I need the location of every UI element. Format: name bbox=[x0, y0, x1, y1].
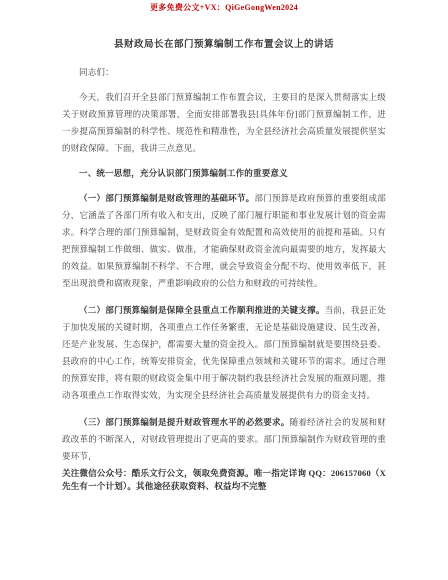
point-2-body: 当前，我县正处于加快发展的关键时期，各项重点工作任务繁重，无论是基础设施建设、民… bbox=[62, 305, 386, 400]
point-1-lead: （一）部门预算编制是财政管理的基础环节。 bbox=[79, 193, 254, 203]
section-1-heading: 一、统一思想，充分认识部门预算编制工作的重要意义 bbox=[62, 165, 386, 182]
point-2-lead: （二）部门预算编制是保障全县重点工作顺利推进的关键支撑。 bbox=[79, 305, 325, 315]
point-3-paragraph: （三）部门预算编制是提升财政管理水平的必然要求。随着经济社会的发展和财政改革的不… bbox=[62, 414, 386, 465]
document-content: 县财政局长在部门预算编制工作布置会议上的讲话 同志们： 今天，我们召开全县部门预… bbox=[0, 0, 448, 493]
point-1-body: 部门预算是政府预算的重要组成部分，它涵盖了各部门所有收入和支出，反映了部门履行职… bbox=[62, 193, 386, 288]
point-1-paragraph: （一）部门预算编制是财政管理的基础环节。部门预算是政府预算的重要组成部分，它涵盖… bbox=[62, 190, 386, 292]
intro-paragraph: 今天，我们召开全县部门预算编制工作布置会议，主要目的是深入贯彻落实上级关于财政预… bbox=[62, 89, 386, 157]
document-title: 县财政局长在部门预算编制工作布置会议上的讲话 bbox=[62, 36, 386, 50]
watermark-text: 更多免费公文+VX：QiGeGongWen2024 bbox=[0, 2, 448, 13]
salutation: 同志们： bbox=[62, 64, 386, 81]
point-2-paragraph: （二）部门预算编制是保障全县重点工作顺利推进的关键支撑。当前，我县正处于加快发展… bbox=[62, 302, 386, 404]
document-page: 更多免费公文+VX：QiGeGongWen2024 县财政局长在部门预算编制工作… bbox=[0, 0, 448, 580]
promo-watermark-text: 关注微信公众号：酷乐文行公文，领取免费资源。唯一指定详询 QQ：20615706… bbox=[62, 467, 386, 493]
point-3-lead: （三）部门预算编制是提升财政管理水平的必然要求。 bbox=[79, 417, 290, 427]
